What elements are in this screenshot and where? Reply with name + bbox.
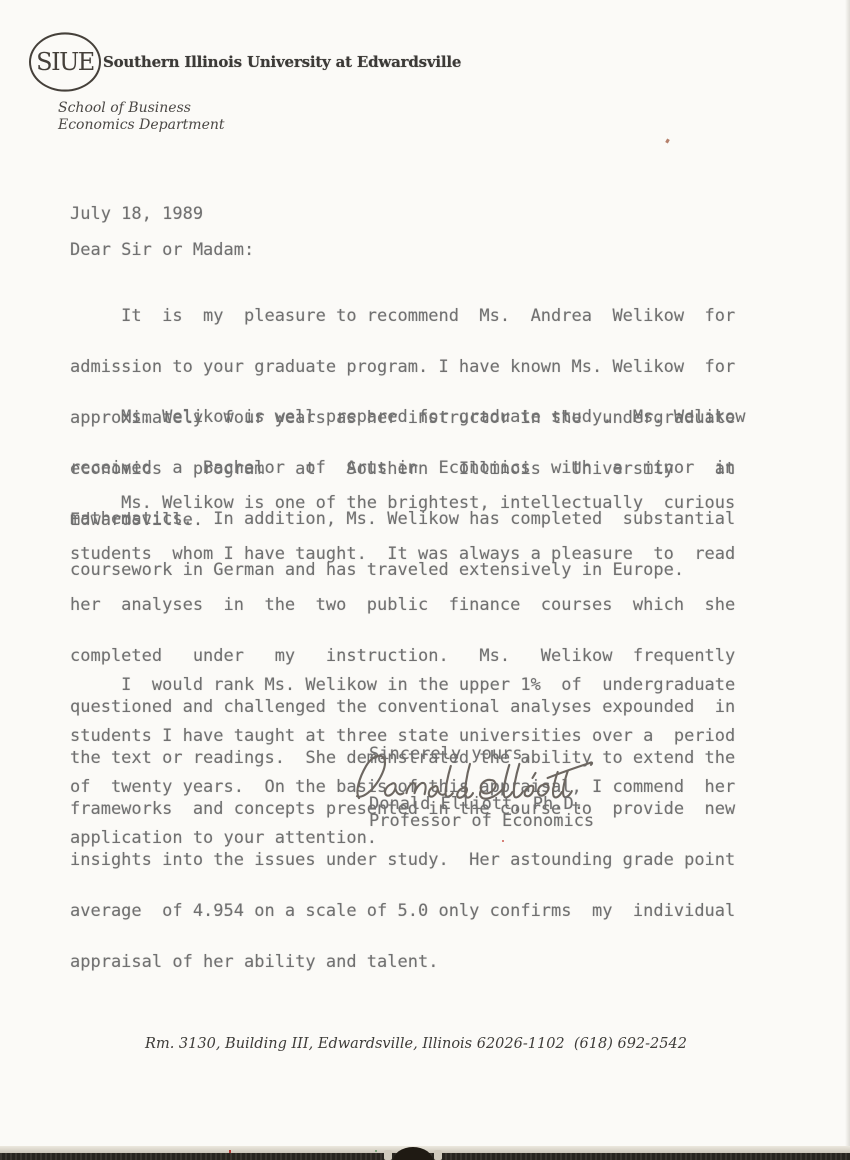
school-name: School of Business	[58, 100, 225, 117]
letter-line: average of 4.954 on a scale of 5.0 only …	[70, 903, 735, 920]
scan-speck	[229, 1150, 231, 1153]
letter-line: I would rank Ms. Welikow in the upper 1%…	[70, 677, 735, 694]
letter-line: It is my pleasure to recommend Ms. Andre…	[70, 308, 735, 325]
department-name: Economics Department	[58, 117, 225, 134]
scan-speck	[665, 139, 670, 144]
siue-logo: SIUE	[29, 32, 101, 91]
scan-speck	[375, 1150, 377, 1152]
footer-address: Rm. 3130, Building III, Edwardsville, Il…	[145, 1036, 687, 1052]
scan-speck	[502, 840, 504, 842]
letter-date: July 18, 1989	[70, 206, 203, 223]
letter-line: admission to your graduate program. I ha…	[70, 359, 735, 376]
signer-title: Professor of Economics	[369, 813, 594, 830]
university-name: Southern Illinois University at Edwardsv…	[103, 53, 461, 71]
letter-line: Ms. Welikow is one of the brightest, int…	[70, 495, 735, 512]
department-block: School of Business Economics Department	[58, 100, 225, 133]
letter-line: students I have taught at three state un…	[70, 728, 735, 745]
letter-line: her analyses in the two public finance c…	[70, 597, 735, 614]
scanned-letter-page: { "header": { "logo_text": "SIUE", "univ…	[0, 0, 850, 1160]
letter-salutation: Dear Sir or Madam:	[70, 242, 254, 259]
scanner-notch-right	[434, 1150, 442, 1160]
letter-line: application to your attention.	[70, 830, 735, 847]
letter-line: Ms. Welikow is well prepared for graduat…	[70, 409, 746, 426]
siue-logo-text: SIUE	[36, 48, 94, 77]
letter-line: students whom I have taught. It was alwa…	[70, 546, 735, 563]
scanner-notch-left	[384, 1150, 392, 1160]
letter-line: appraisal of her ability and talent.	[70, 954, 735, 971]
page-right-edge-shadow	[845, 0, 850, 1146]
